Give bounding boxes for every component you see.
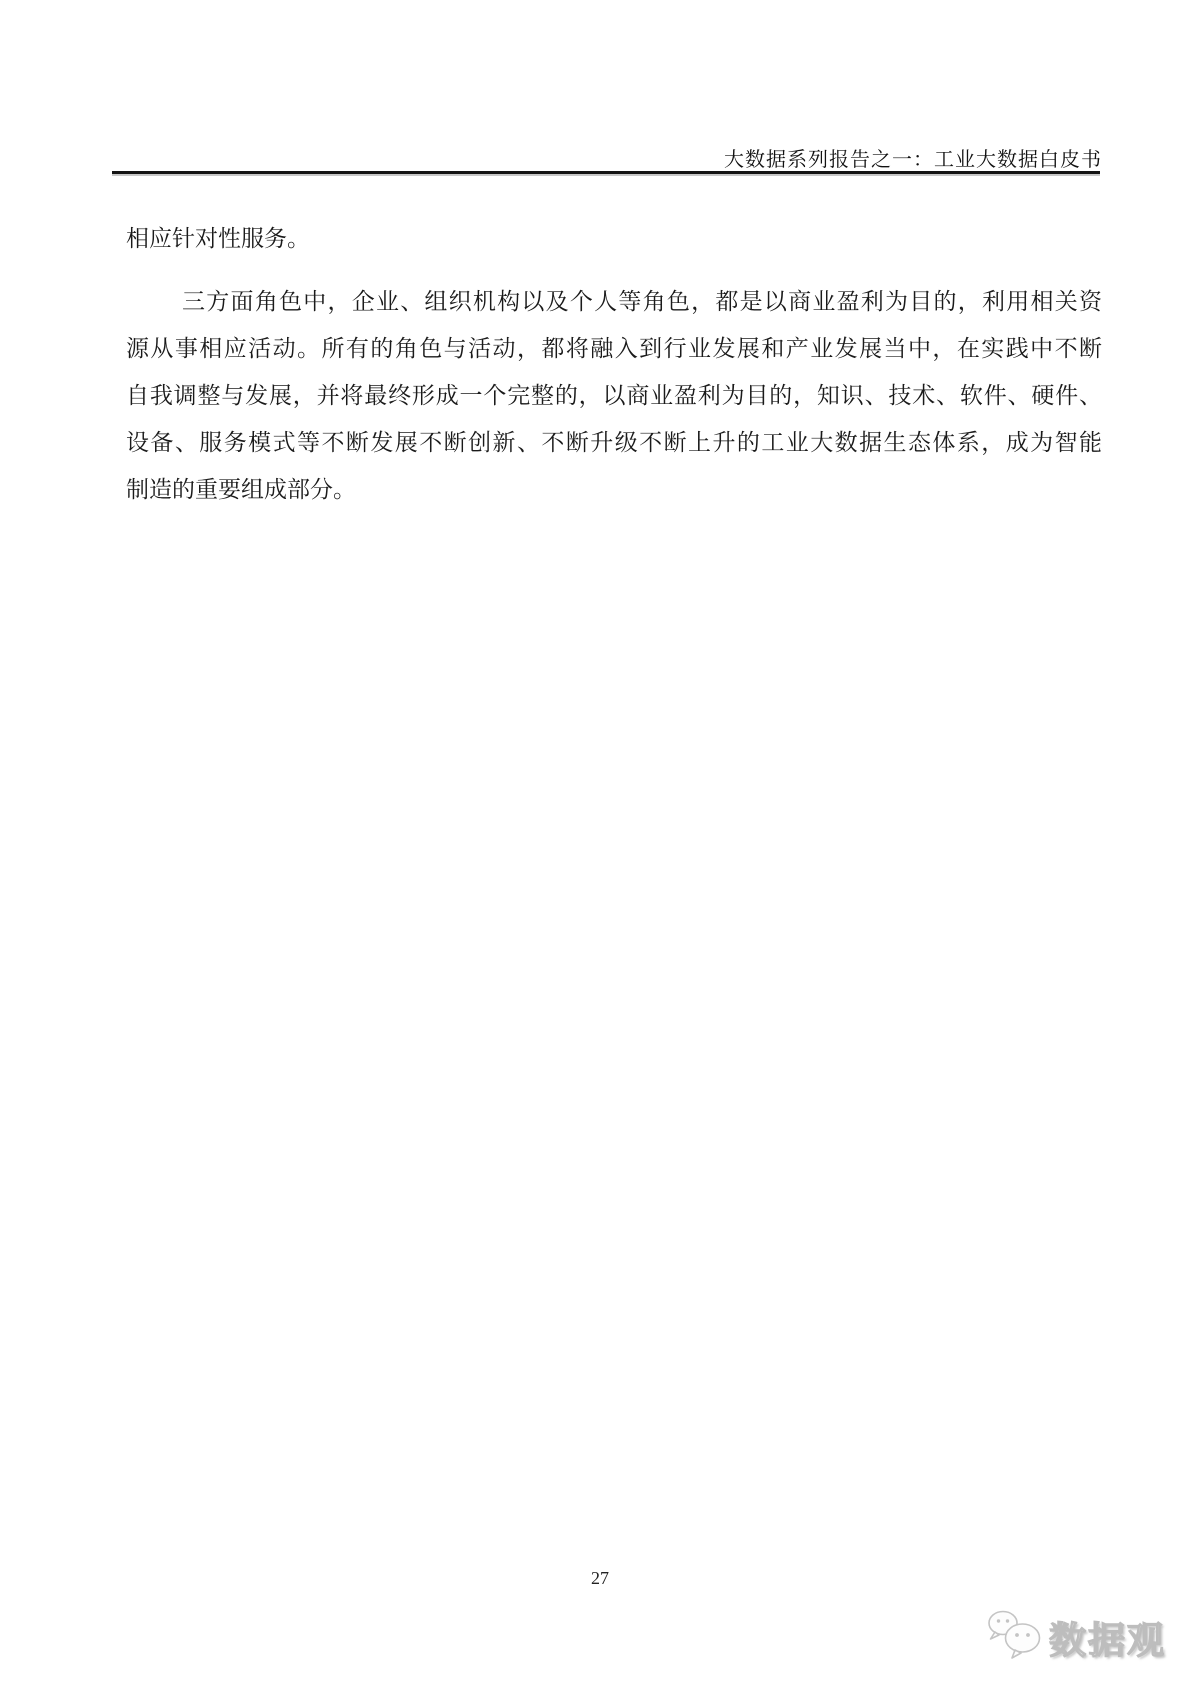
brand-name: 数据观 [1049, 1610, 1166, 1664]
page-body: 相应针对性服务。 三方面角色中，企业、组织机构以及个人等角色，都是以商业盈利为目… [126, 215, 1102, 513]
running-header: 大数据系列报告之一：工业大数据白皮书 [126, 143, 1102, 172]
brand-watermark: 数据观 [986, 1608, 1166, 1665]
header-rule [112, 171, 1100, 174]
document-page: 大数据系列报告之一：工业大数据白皮书 相应针对性服务。 三方面角色中，企业、组织… [0, 0, 1200, 1696]
paragraph-2-line: 源从事相应活动。所有的角色与活动，都将融入到行业发展和产业发展当中，在实践中不断 [126, 325, 1102, 372]
page-number: 27 [0, 1568, 1200, 1589]
paragraph-2-line: 自我调整与发展，并将最终形成一个完整的，以商业盈利为目的，知识、技术、软件、硬件… [126, 372, 1102, 419]
wechat-icon [986, 1608, 1044, 1665]
paragraph-2-line: 制造的重要组成部分。 [126, 466, 1102, 513]
paragraph-2-line: 设备、服务模式等不断发展不断创新、不断升级不断上升的工业大数据生态体系，成为智能 [126, 419, 1102, 466]
paragraph-1: 相应针对性服务。 [126, 215, 1102, 262]
paragraph-2-line: 三方面角色中，企业、组织机构以及个人等角色，都是以商业盈利为目的，利用相关资 [126, 278, 1102, 325]
